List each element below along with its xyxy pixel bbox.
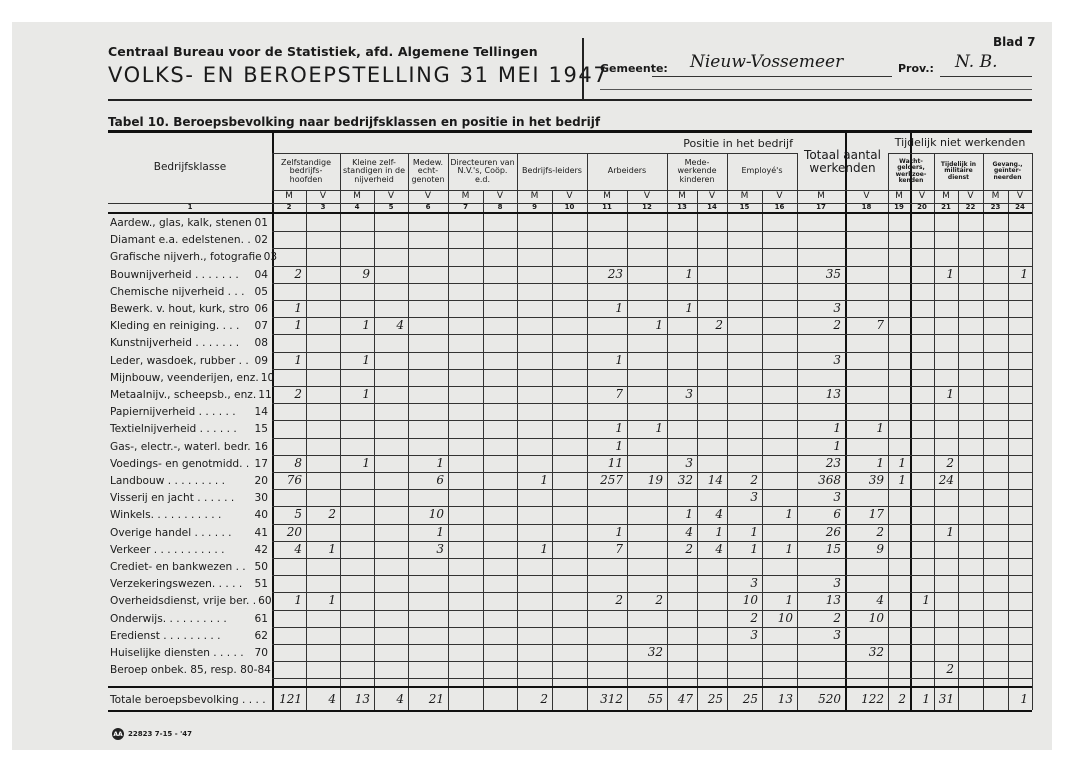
table-cell [934, 628, 958, 645]
table-cell [958, 404, 983, 421]
table-cell [552, 525, 587, 542]
table-cell [1008, 628, 1032, 645]
table-cell [340, 249, 374, 266]
table-cell [517, 525, 552, 542]
table-cell: 2 [934, 456, 958, 473]
table-cell [517, 370, 552, 387]
table-cell [727, 249, 762, 266]
table-cell [374, 370, 408, 387]
table-cell [587, 490, 627, 507]
table-cell [340, 490, 374, 507]
table-cell [934, 507, 958, 524]
row-label: Gas-, electr.-, waterl. bedr.16 [110, 441, 268, 453]
row-label: Metaalnijv., scheepsb., enz.11 [110, 389, 268, 401]
table-cell [483, 215, 517, 232]
row-label-text: Landbouw . . . . . . . . . [110, 475, 225, 487]
row-code: 14 [255, 406, 268, 418]
table-cell: 7 [845, 318, 888, 335]
row-label-text: Voedings- en genotmidd. . [110, 458, 249, 470]
total-cell: 2 [517, 692, 552, 708]
table-cell [727, 439, 762, 456]
table-cell [888, 593, 910, 610]
table-cell [845, 628, 888, 645]
row-code: 05 [255, 286, 268, 298]
table-cell [627, 662, 667, 679]
table-cell [958, 456, 983, 473]
table-cell [888, 559, 910, 576]
total-cell: 2 [888, 692, 910, 708]
total-cell: 25 [727, 692, 762, 708]
table-cell [910, 473, 934, 490]
table-cell: 19 [627, 473, 667, 490]
table-cell [587, 628, 627, 645]
table-cell [958, 439, 983, 456]
table-cell [958, 353, 983, 370]
row-label: Crediet- en bankwezen . .50 [110, 561, 268, 573]
table-cell [408, 284, 448, 301]
table-cell [483, 353, 517, 370]
table-cell: 15 [797, 542, 845, 559]
table-cell [797, 232, 845, 249]
table-cell [627, 284, 667, 301]
row-label-text: Bewerk. v. hout, kurk, stro [110, 303, 249, 315]
table-cell [374, 507, 408, 524]
table-cell [762, 456, 797, 473]
row-label: Voedings- en genotmidd. .17 [110, 458, 268, 470]
table-cell [374, 335, 408, 352]
table-cell [1008, 645, 1032, 662]
sex-header: M [934, 190, 958, 203]
sheet-number: Blad 7 [993, 35, 1035, 49]
table-cell [667, 421, 697, 438]
table-cell [934, 353, 958, 370]
table-cell [697, 490, 727, 507]
sex-header: M [797, 190, 845, 203]
row-label: Chemische nijverheid . . .05 [110, 286, 268, 298]
table-cell: 1 [517, 473, 552, 490]
table-cell [667, 576, 697, 593]
table-cell [697, 284, 727, 301]
table-cell [448, 645, 483, 662]
table-cell [958, 249, 983, 266]
table-cell [517, 645, 552, 662]
table-cell [517, 559, 552, 576]
table-cell [667, 645, 697, 662]
table-cell [517, 215, 552, 232]
table-cell [374, 232, 408, 249]
table-cell [408, 611, 448, 628]
sub-header: Directeuren van N.V.'s, Coöp. e.d. [448, 153, 517, 190]
table-cell [762, 370, 797, 387]
table-cell [727, 456, 762, 473]
table-cell [697, 662, 727, 679]
table-cell [374, 542, 408, 559]
table-cell [667, 335, 697, 352]
table-cell [697, 387, 727, 404]
table-cell: 1 [272, 318, 306, 335]
table-cell [306, 301, 340, 318]
table-cell [910, 353, 934, 370]
table-cell [627, 249, 667, 266]
table-cell: 26 [797, 525, 845, 542]
table-cell: 1 [587, 525, 627, 542]
row-code: 09 [255, 355, 268, 367]
table-cell [1008, 387, 1032, 404]
table-cell: 7 [587, 387, 627, 404]
table-cell [762, 215, 797, 232]
table-cell [552, 439, 587, 456]
table-cell [627, 335, 667, 352]
table-cell [517, 284, 552, 301]
sex-header: M [888, 190, 910, 203]
row-label-text: Chemische nijverheid . . . [110, 286, 245, 298]
table-cell [983, 335, 1008, 352]
column-number: 9 [517, 203, 552, 213]
table-cell [1008, 249, 1032, 266]
table-cell [374, 215, 408, 232]
table-cell [448, 387, 483, 404]
table-cell [408, 353, 448, 370]
table-cell [552, 628, 587, 645]
table-cell [517, 593, 552, 610]
table-cell [727, 404, 762, 421]
table-cell [762, 559, 797, 576]
table-cell [408, 593, 448, 610]
table-cell [888, 645, 910, 662]
table-cell [934, 542, 958, 559]
table-cell [340, 215, 374, 232]
table-cell [587, 335, 627, 352]
table-cell [910, 404, 934, 421]
table-cell [888, 490, 910, 507]
table-cell [910, 439, 934, 456]
table-cell [483, 611, 517, 628]
table-cell [517, 507, 552, 524]
table-cell: 1 [727, 525, 762, 542]
row-label-text: Metaalnijv., scheepsb., enz. [110, 389, 256, 401]
column-number: 4 [340, 203, 374, 213]
table-cell [448, 490, 483, 507]
column-number: 18 [845, 203, 888, 213]
table-cell [552, 662, 587, 679]
table-cell: 2 [667, 542, 697, 559]
table-cell [448, 662, 483, 679]
table-cell [627, 301, 667, 318]
table-cell [958, 318, 983, 335]
table-cell: 1 [762, 593, 797, 610]
table-cell [587, 611, 627, 628]
column-number: 3 [306, 203, 340, 213]
table-cell [797, 645, 845, 662]
table-cell [627, 576, 667, 593]
table-cell [958, 421, 983, 438]
table-cell [374, 421, 408, 438]
row-label: Bouwnijverheid . . . . . . .04 [110, 269, 268, 281]
table-cell [667, 404, 697, 421]
table-cell [374, 628, 408, 645]
table-cell [340, 439, 374, 456]
table-cell [888, 335, 910, 352]
row-label-text: Eredienst . . . . . . . . . [110, 630, 221, 642]
sex-header: M [340, 190, 374, 203]
row-label-text: Kunstnijverheid . . . . . . . [110, 337, 239, 349]
table-cell [306, 318, 340, 335]
sex-header: V [845, 190, 888, 203]
row-label-text: Verzekeringswezen. . . . . [110, 578, 242, 590]
table-cell [306, 645, 340, 662]
table-cell [910, 318, 934, 335]
printer-logo-icon: AA [112, 728, 124, 740]
row-label: Verzekeringswezen. . . . .51 [110, 578, 268, 590]
table-cell [587, 662, 627, 679]
row-code: 06 [255, 303, 268, 315]
table-cell [727, 335, 762, 352]
row-code: 51 [255, 578, 268, 590]
table-cell [627, 353, 667, 370]
table-cell [374, 353, 408, 370]
table-cell [408, 301, 448, 318]
row-code: 04 [255, 269, 268, 281]
table-cell [888, 421, 910, 438]
table-cell: 23 [587, 267, 627, 284]
table-cell [448, 318, 483, 335]
table-cell [845, 404, 888, 421]
table-cell [888, 284, 910, 301]
table-cell [910, 301, 934, 318]
table-cell [483, 318, 517, 335]
table-cell [727, 353, 762, 370]
table-cell [762, 525, 797, 542]
table-cell: 1 [340, 353, 374, 370]
table-cell [408, 267, 448, 284]
table-cell [934, 249, 958, 266]
table-cell [374, 490, 408, 507]
table-cell [934, 215, 958, 232]
table-cell [727, 301, 762, 318]
table-cell [934, 232, 958, 249]
header-divider [582, 38, 584, 100]
table-cell [934, 439, 958, 456]
table-cell [306, 232, 340, 249]
table-cell [910, 542, 934, 559]
table-cell [888, 387, 910, 404]
table-cell [374, 249, 408, 266]
table-cell [727, 421, 762, 438]
table-cell [306, 559, 340, 576]
print-code: 22823 7-15 - '47 [128, 730, 192, 738]
table-cell [983, 232, 1008, 249]
table-cell [958, 559, 983, 576]
table-cell [845, 576, 888, 593]
table-cell [306, 335, 340, 352]
table-cell [374, 611, 408, 628]
table-cell [845, 439, 888, 456]
column-number: 16 [762, 203, 797, 213]
table-cell [697, 628, 727, 645]
table-cell [552, 284, 587, 301]
table-cell [587, 284, 627, 301]
table-cell: 3 [727, 628, 762, 645]
table-cell [762, 576, 797, 593]
table-cell [483, 542, 517, 559]
table-cell [483, 387, 517, 404]
table-cell: 1 [306, 542, 340, 559]
table-cell [727, 662, 762, 679]
table-cell: 13 [797, 593, 845, 610]
table-cell [727, 387, 762, 404]
table-cell: 1 [627, 421, 667, 438]
column-number: 12 [627, 203, 667, 213]
table-cell [888, 525, 910, 542]
column-rule [1032, 190, 1033, 710]
table-cell [845, 370, 888, 387]
table-cell [306, 370, 340, 387]
table-cell [1008, 559, 1032, 576]
table-cell [958, 645, 983, 662]
table-cell [667, 232, 697, 249]
column-number: 20 [910, 203, 934, 213]
table-cell: 3 [408, 542, 448, 559]
table-cell [888, 662, 910, 679]
row-label-text: Beroep onbek. 85, resp. 80-84 [110, 664, 271, 676]
table-cell [483, 559, 517, 576]
table-cell [448, 525, 483, 542]
table-cell: 2 [272, 267, 306, 284]
sub-header: Arbeiders [587, 153, 667, 190]
table-cell [272, 370, 306, 387]
column-number: 2 [272, 203, 306, 213]
table-cell [552, 473, 587, 490]
table-cell [797, 662, 845, 679]
table-cell [958, 473, 983, 490]
table-cell [958, 284, 983, 301]
table-cell [627, 525, 667, 542]
table-cell [762, 404, 797, 421]
table-cell [448, 439, 483, 456]
total-bottom-rule [108, 710, 1032, 712]
table-cell: 2 [727, 473, 762, 490]
table-cell [374, 662, 408, 679]
table-cell: 32 [627, 645, 667, 662]
column-number: 15 [727, 203, 762, 213]
table-cell: 3 [797, 576, 845, 593]
table-cell: 1 [272, 301, 306, 318]
table-cell: 1 [1008, 267, 1032, 284]
municipality-value: Nieuw-Vossemeer [690, 52, 843, 72]
table-cell [340, 232, 374, 249]
total-cell: 4 [306, 692, 340, 708]
table-cell [306, 353, 340, 370]
table-cell [340, 576, 374, 593]
table-cell: 20 [272, 525, 306, 542]
table-cell [888, 404, 910, 421]
group-header-totaal: Totaal aantal werkenden [797, 133, 888, 190]
table-cell [408, 232, 448, 249]
table-cell [1008, 576, 1032, 593]
table-cell [340, 301, 374, 318]
sex-header: M [667, 190, 697, 203]
table-cell [272, 490, 306, 507]
sex-header: V [306, 190, 340, 203]
table-cell [408, 318, 448, 335]
table-cell: 1 [587, 353, 627, 370]
table-cell [845, 662, 888, 679]
sex-header: V [910, 190, 934, 203]
table-cell [697, 645, 727, 662]
table-cell [1008, 473, 1032, 490]
row-label-text: Onderwijs. . . . . . . . . . [110, 613, 227, 625]
table-cell [627, 542, 667, 559]
row-label-text: Kleding en reiniging. . . . [110, 320, 239, 332]
table-cell [667, 559, 697, 576]
table-cell: 1 [697, 525, 727, 542]
table-cell [697, 404, 727, 421]
total-cell [552, 692, 587, 708]
table-cell [306, 404, 340, 421]
table-cell: 1 [627, 318, 667, 335]
table-cell [552, 249, 587, 266]
table-cell [1008, 353, 1032, 370]
total-cell: 31 [934, 692, 958, 708]
sex-header: V [627, 190, 667, 203]
total-cell: 4 [374, 692, 408, 708]
table-cell [762, 645, 797, 662]
table-cell [552, 370, 587, 387]
table-cell: 5 [272, 507, 306, 524]
row-label: Huiselijke diensten . . . . .70 [110, 647, 268, 659]
table-cell [934, 284, 958, 301]
table-cell [272, 439, 306, 456]
table-cell: 10 [408, 507, 448, 524]
table-cell [517, 387, 552, 404]
table-cell [448, 267, 483, 284]
table-cell [727, 559, 762, 576]
table-cell [667, 215, 697, 232]
table-cell [408, 215, 448, 232]
table-cell [983, 559, 1008, 576]
table-cell: 1 [888, 473, 910, 490]
table-cell [448, 215, 483, 232]
sub-header: Zelfstandige bedrijfs-hoofden [272, 153, 340, 190]
row-label: Diamant e.a. edelstenen. .02 [110, 234, 268, 246]
row-code: 41 [255, 527, 268, 539]
table-cell [910, 456, 934, 473]
table-cell [340, 421, 374, 438]
group-rule [1032, 153, 1033, 190]
table-cell [408, 628, 448, 645]
table-cell: 4 [667, 525, 697, 542]
table-cell [667, 662, 697, 679]
table-cell: 13 [797, 387, 845, 404]
table-cell [552, 611, 587, 628]
table-cell [374, 284, 408, 301]
table-cell [762, 335, 797, 352]
table-cell: 9 [845, 542, 888, 559]
table-cell [408, 387, 448, 404]
table-cell [762, 662, 797, 679]
table-cell [374, 439, 408, 456]
row-label-text: Visserij en jacht . . . . . . [110, 492, 234, 504]
table-cell [517, 301, 552, 318]
province-underline [940, 76, 1032, 77]
table-cell [374, 387, 408, 404]
municipality-underline [652, 76, 892, 77]
table-cell [483, 662, 517, 679]
row-label-text: Overheidsdienst, vrije ber. . [110, 595, 256, 607]
table-cell [958, 370, 983, 387]
table-cell [552, 576, 587, 593]
row-label-text: Mijnbouw, veenderijen, enz. [110, 372, 259, 384]
